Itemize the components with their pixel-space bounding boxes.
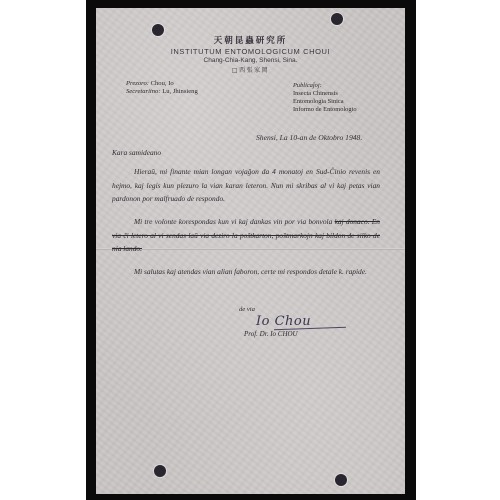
handwritten-signature: Io Chou xyxy=(256,314,311,329)
punch-hole xyxy=(335,474,347,486)
institute-chinese-address: □西張家岡 xyxy=(96,65,405,74)
publication-item: Entomologia Sinica xyxy=(293,98,357,106)
staff-list: Prezoro: Chou, Io Secretariino: Lu, Jhin… xyxy=(126,80,198,96)
paragraph: Mi tre volonte korespondas kun vi kaj da… xyxy=(112,215,380,256)
institute-chinese-name: 天朝昆蟲研究所 xyxy=(96,34,405,46)
paragraph: Mi salutas kaj atendas vian alian faboro… xyxy=(112,265,380,279)
institute-latin-name: INSTITUTUM ENTOMOLOGICUM CHOUI xyxy=(96,47,405,56)
letter-date: Shensi, La 10-an de Oktobro 1948. xyxy=(256,133,362,142)
publications-title: Publicaĵoj: xyxy=(293,82,357,90)
letter-page: 天朝昆蟲研究所 INSTITUTUM ENTOMOLOGICUM CHOUI C… xyxy=(96,8,405,494)
institute-address: Chang-Chia-Kang, Shensi, Sina. xyxy=(96,57,405,64)
publications-list: Publicaĵoj: Insecta Chinensis Entomologi… xyxy=(293,82,357,114)
closing: de via xyxy=(239,306,255,313)
publication-item: Insecta Chinensis xyxy=(293,90,357,98)
salutation: Kara samideano xyxy=(112,148,161,157)
staff-item: Secretariino: Lu, Jhinsieng xyxy=(126,88,198,96)
punch-hole xyxy=(154,465,166,477)
publication-item: Informo de Entomologio xyxy=(293,106,357,114)
letterhead: 天朝昆蟲研究所 INSTITUTUM ENTOMOLOGICUM CHOUI C… xyxy=(96,34,405,74)
signatory-name: Prof. Dr. Io CHOU xyxy=(244,330,298,338)
punch-hole xyxy=(331,13,343,25)
paragraph: Hieraŭ, mi finante mian longan vojaĝon d… xyxy=(112,165,380,206)
staff-item: Prezoro: Chou, Io xyxy=(126,80,198,88)
